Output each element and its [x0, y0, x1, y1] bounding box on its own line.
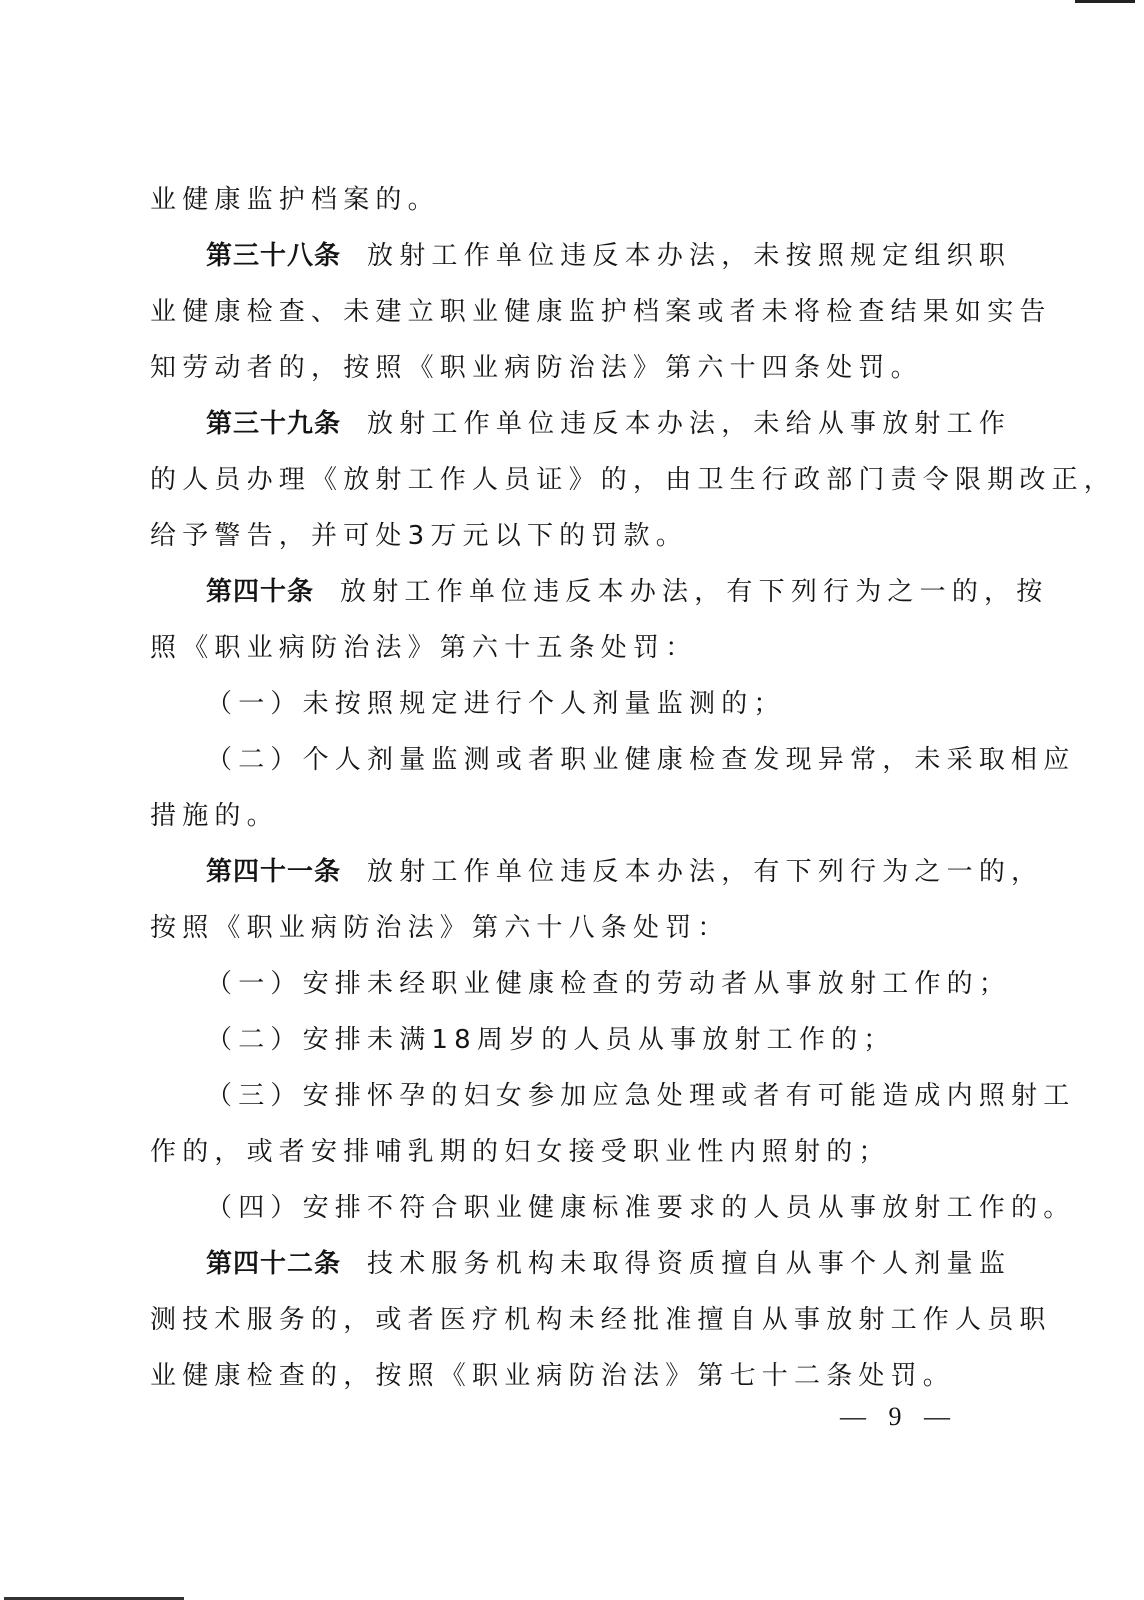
paragraph-line: 业健康监护档案的。 [150, 182, 440, 218]
paragraph-line: 知劳动者的，按照《职业病防治法》第六十四条处罚。 [150, 350, 923, 386]
list-item: （一）未按照规定进行个人剂量监测的； [206, 686, 786, 722]
article-title: 第三十九条 [206, 409, 341, 439]
scan-edge-mark [1075, 0, 1135, 3]
line-text: 措施的。 [150, 801, 279, 831]
line-text: 的人员办理《放射工作人员证》的，由卫生行政部门责令限期改正， [150, 465, 1116, 495]
article-41-heading-line: 第四十一条放射工作单位违反本办法，有下列行为之一的， [206, 854, 1043, 890]
document-page: 业健康监护档案的。 第三十八条放射工作单位违反本办法，未按照规定组织职 业健康检… [0, 0, 1144, 1600]
line-text: 业健康检查的，按照《职业病防治法》第七十二条处罚。 [150, 1361, 955, 1391]
line-text: 放射工作单位违反本办法，有下列行为之一的，按 [340, 577, 1048, 607]
article-40-heading-line: 第四十条放射工作单位违反本办法，有下列行为之一的，按 [206, 574, 1048, 610]
line-text: 知劳动者的，按照《职业病防治法》第六十四条处罚。 [150, 353, 923, 383]
article-39-heading-line: 第三十九条放射工作单位违反本办法，未给从事放射工作 [206, 406, 1011, 442]
article-title: 第三十八条 [206, 241, 341, 271]
paragraph-line: 测技术服务的，或者医疗机构未经批准擅自从事放射工作人员职 [150, 1302, 1052, 1338]
line-text: （一）未按照规定进行个人剂量监测的； [206, 689, 786, 719]
paragraph-line: 作的，或者安排哺乳期的妇女接受职业性内照射的； [150, 1134, 891, 1170]
article-38-heading-line: 第三十八条放射工作单位违反本办法，未按照规定组织职 [206, 238, 1011, 274]
article-42-heading-line: 第四十二条技术服务机构未取得资质擅自从事个人剂量监 [206, 1246, 1011, 1282]
list-item: （一）安排未经职业健康检查的劳动者从事放射工作的； [206, 966, 1011, 1002]
paragraph-line: 业健康检查的，按照《职业病防治法》第七十二条处罚。 [150, 1358, 955, 1394]
paragraph-line: 按照《职业病防治法》第六十八条处罚： [150, 910, 730, 946]
line-text: （二）个人剂量监测或者职业健康检查发现异常，未采取相应 [206, 745, 1075, 775]
page-number: — 9 — [840, 1402, 958, 1432]
list-item: （二）个人剂量监测或者职业健康检查发现异常，未采取相应 [206, 742, 1075, 778]
article-title: 第四十一条 [206, 857, 341, 887]
line-text: 放射工作单位违反本办法，未给从事放射工作 [367, 409, 1011, 439]
line-text: （一）安排未经职业健康检查的劳动者从事放射工作的； [206, 969, 1011, 999]
article-title: 第四十条 [206, 577, 314, 607]
paragraph-line: 业健康检查、未建立职业健康监护档案或者未将检查结果如实告 [150, 294, 1052, 330]
line-text: （三）安排怀孕的妇女参加应急处理或者有可能造成内照射工 [206, 1081, 1075, 1111]
line-text: 照《职业病防治法》第六十五条处罚： [150, 633, 697, 663]
paragraph-line: 给予警告，并可处3万元以下的罚款。 [150, 518, 688, 554]
line-text: （四）安排不符合职业健康标准要求的人员从事放射工作的。 [206, 1193, 1075, 1223]
line-text: 按照《职业病防治法》第六十八条处罚： [150, 913, 730, 943]
line-text: 测技术服务的，或者医疗机构未经批准擅自从事放射工作人员职 [150, 1305, 1052, 1335]
line-text: 技术服务机构未取得资质擅自从事个人剂量监 [367, 1249, 1011, 1279]
line-text: 业健康监护档案的。 [150, 185, 440, 215]
line-text: 作的，或者安排哺乳期的妇女接受职业性内照射的； [150, 1137, 891, 1167]
line-text: 放射工作单位违反本办法，有下列行为之一的， [367, 857, 1043, 887]
paragraph-line: 的人员办理《放射工作人员证》的，由卫生行政部门责令限期改正， [150, 462, 1116, 498]
line-text: 给予警告，并可处3万元以下的罚款。 [150, 521, 688, 551]
list-item: （二）安排未满18周岁的人员从事放射工作的； [206, 1022, 896, 1058]
article-title: 第四十二条 [206, 1249, 341, 1279]
list-item: （三）安排怀孕的妇女参加应急处理或者有可能造成内照射工 [206, 1078, 1075, 1114]
line-text: 业健康检查、未建立职业健康监护档案或者未将检查结果如实告 [150, 297, 1052, 327]
list-item: （四）安排不符合职业健康标准要求的人员从事放射工作的。 [206, 1190, 1075, 1226]
line-text: （二）安排未满18周岁的人员从事放射工作的； [206, 1025, 896, 1055]
line-text: 放射工作单位违反本办法，未按照规定组织职 [367, 241, 1011, 271]
paragraph-line: 措施的。 [150, 798, 279, 834]
paragraph-line: 照《职业病防治法》第六十五条处罚： [150, 630, 697, 666]
